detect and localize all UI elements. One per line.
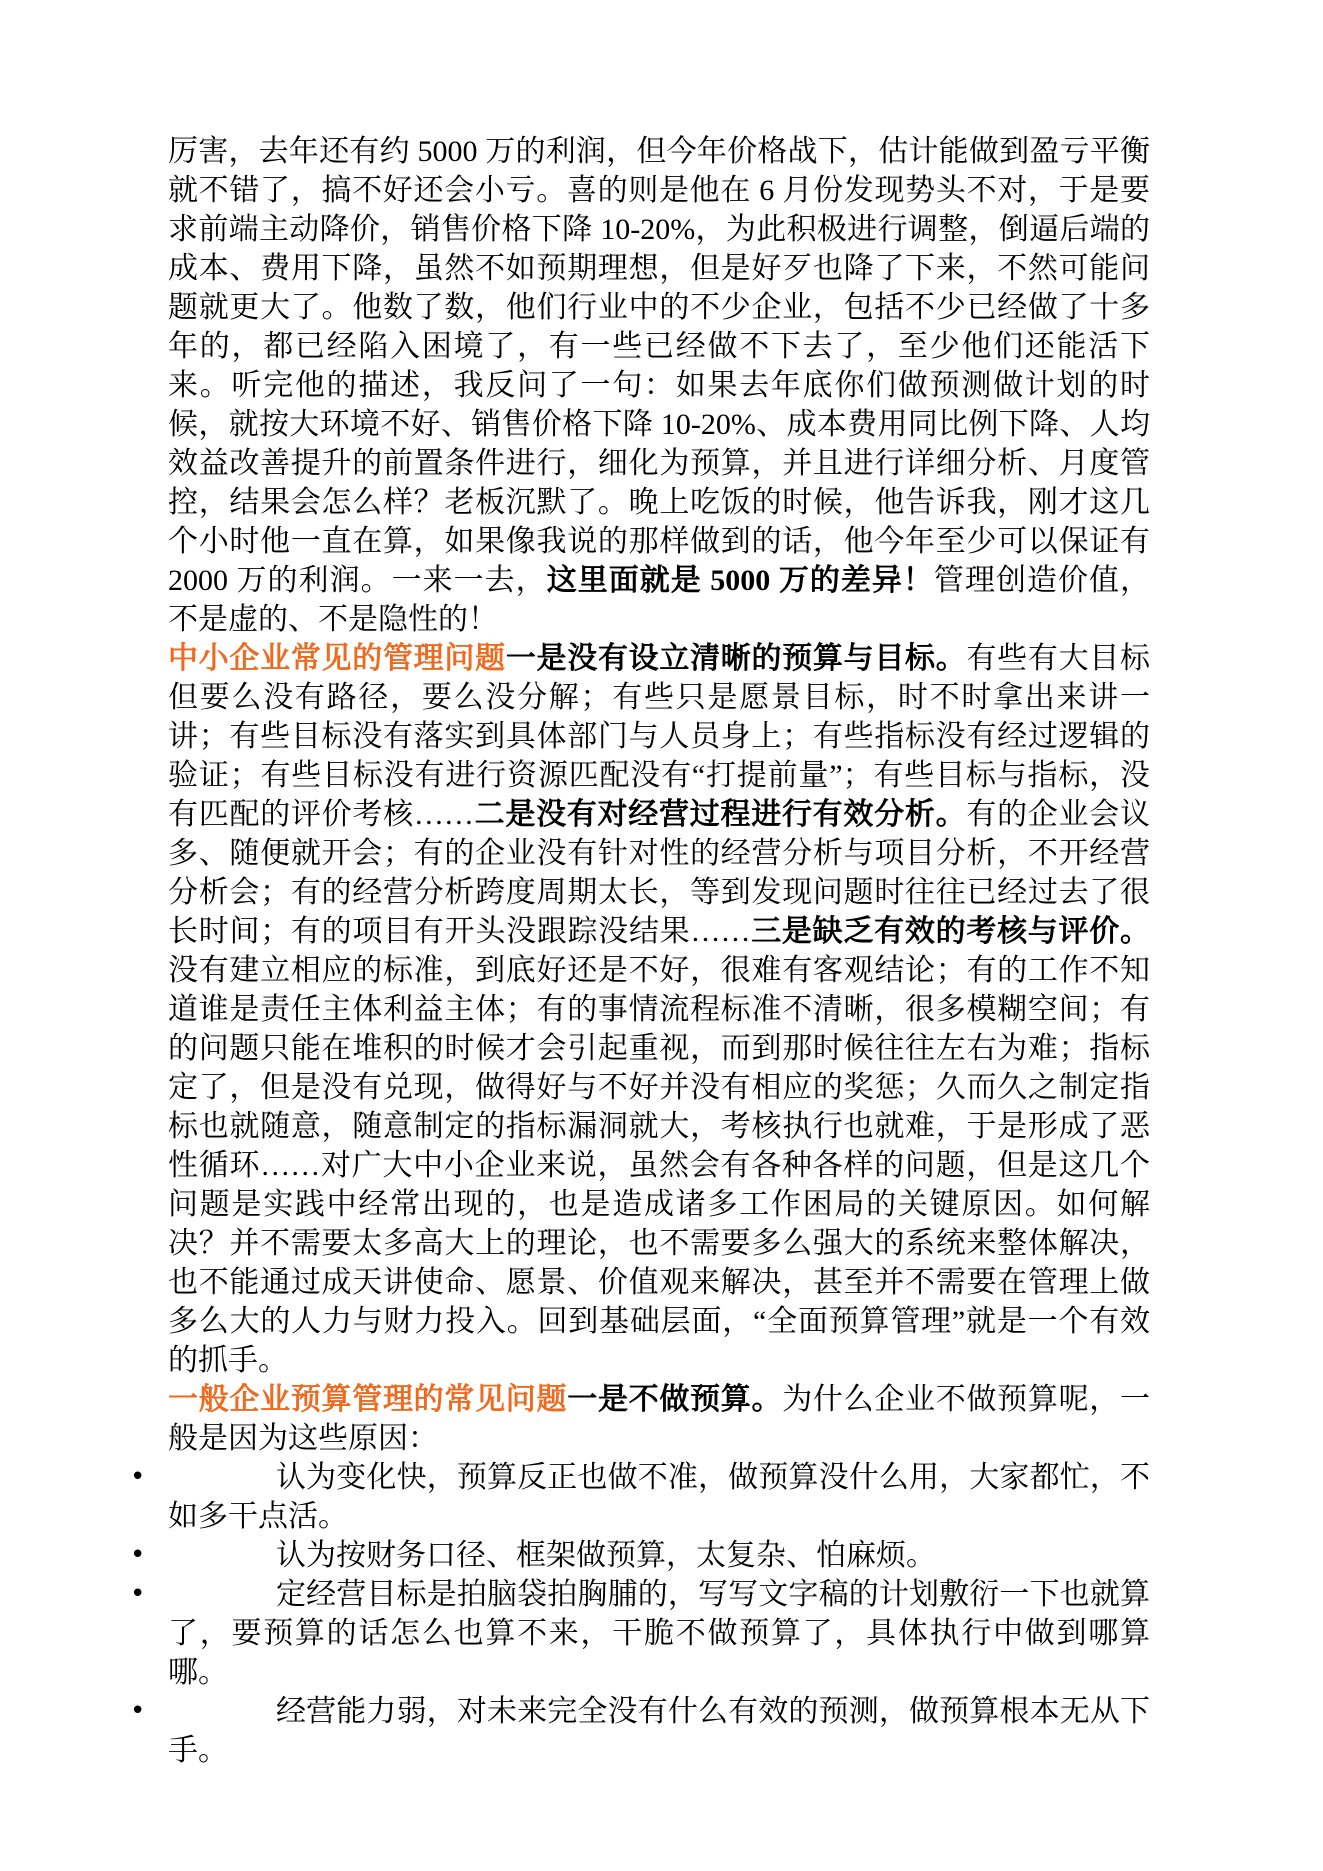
bullet-icon: •	[130, 1536, 145, 1575]
bullet-icon: •	[130, 1458, 145, 1497]
document-page: 厉害，去年还有约 5000 万的利润，但今年价格战下，估计能做到盈亏平衡就不错了…	[0, 0, 1323, 1871]
smb-point3-body: 没有建立相应的标准，到底好还是不好，很难有客观结论；有的工作不知道谁是责任主体利…	[168, 954, 1150, 1377]
bullet-text: 定经营目标是拍脑袋拍胸脯的，写写文字稿的计划敷衍一下也就算了，要预算的话怎么也算…	[168, 1578, 1150, 1689]
smb-problems-heading: 中小企业常见的管理问题	[168, 642, 506, 675]
budget-point1-title: 一是不做预算。	[567, 1383, 782, 1416]
paragraph-story: 厉害，去年还有约 5000 万的利润，但今年价格战下，估计能做到盈亏平衡就不错了…	[168, 132, 1150, 639]
bullet-icon: •	[130, 1692, 145, 1731]
paragraph-smb-problems: 中小企业常见的管理问题一是没有设立清晰的预算与目标。有些有大目标但要么没有路径，…	[168, 639, 1150, 1380]
smb-point1-title: 一是没有设立清晰的预算与目标。	[506, 642, 967, 675]
bullet-item: •定经营目标是拍脑袋拍胸脯的，写写文字稿的计划敷衍一下也就算了，要预算的话怎么也…	[168, 1575, 1150, 1692]
smb-point2-title: 二是没有对经营过程进行有效分析。	[474, 798, 966, 831]
bullet-item: •认为按财务口径、框架做预算，太复杂、怕麻烦。	[168, 1536, 1150, 1575]
bullet-text: 认为变化快，预算反正也做不准，做预算没什么用，大家都忙，不如多干点活。	[168, 1461, 1150, 1533]
budget-problems-heading: 一般企业预算管理的常见问题	[168, 1383, 567, 1416]
story-highlight-bold: 这里面就是 5000 万的差异！	[547, 564, 934, 597]
bullet-item: •认为变化快，预算反正也做不准，做预算没什么用，大家都忙，不如多干点活。	[168, 1458, 1150, 1536]
paragraph-budget-problems-intro: 一般企业预算管理的常见问题一是不做预算。为什么企业不做预算呢，一般是因为这些原因…	[168, 1380, 1150, 1458]
story-lead-text: 厉害，去年还有约 5000 万的利润，但今年价格战下，估计能做到盈亏平衡就不错了…	[168, 135, 1150, 597]
bullet-text: 认为按财务口径、框架做预算，太复杂、怕麻烦。	[276, 1539, 936, 1572]
bullet-list: •认为变化快，预算反正也做不准，做预算没什么用，大家都忙，不如多干点活。 •认为…	[168, 1458, 1150, 1770]
smb-point3-title: 三是缺乏有效的考核与评价。	[750, 915, 1150, 948]
bullet-icon: •	[130, 1575, 145, 1614]
bullet-text: 经营能力弱，对未来完全没有什么有效的预测，做预算根本无从下手。	[168, 1695, 1150, 1767]
bullet-item: •经营能力弱，对未来完全没有什么有效的预测，做预算根本无从下手。	[168, 1692, 1150, 1770]
